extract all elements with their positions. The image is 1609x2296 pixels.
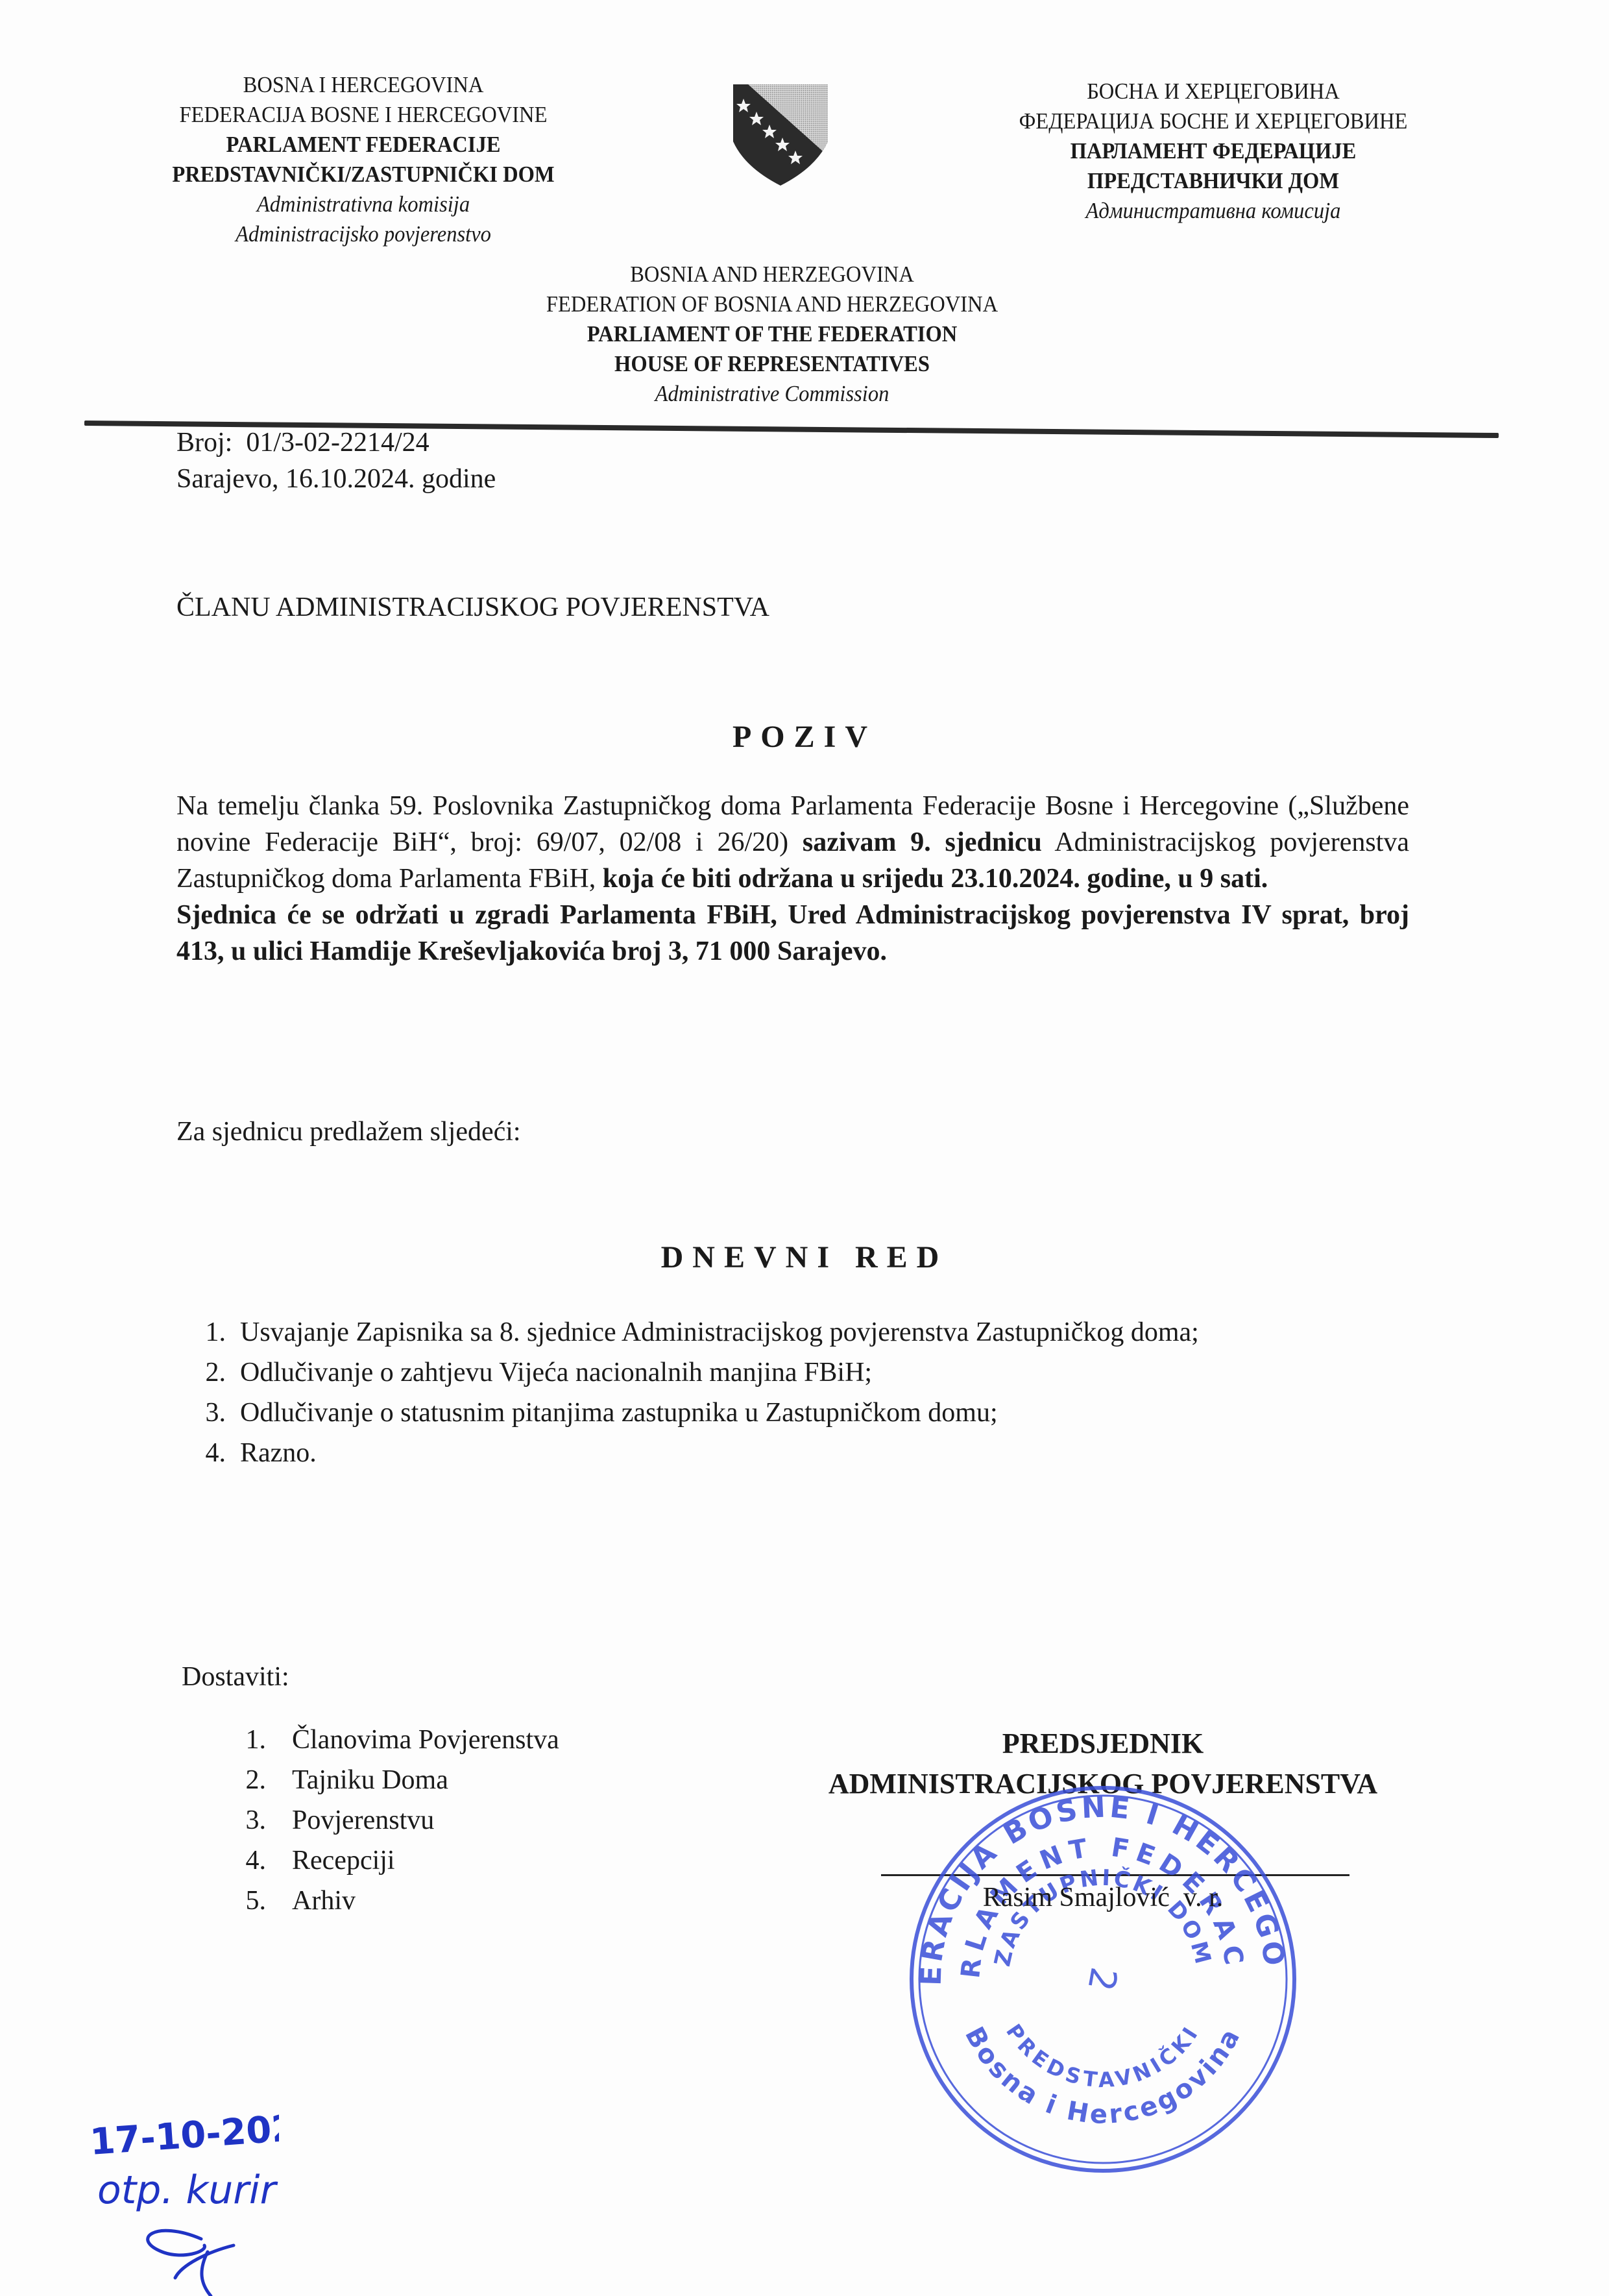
agenda-item-text: Odlučivanje o zahtjevu Vijeća nacionalni… bbox=[240, 1352, 872, 1393]
distribution-item: 4.Recepciji bbox=[221, 1840, 559, 1881]
header-commission-en: Administrative Commission bbox=[441, 379, 1104, 409]
agenda-item-number: 4. bbox=[176, 1433, 240, 1473]
handwritten-note: otp. kurir bbox=[97, 2168, 278, 2213]
distribution-item-number: 4. bbox=[221, 1840, 292, 1881]
header-country: BOSNA I HERCEGOVINA bbox=[122, 70, 605, 100]
agenda-item: 1.Usvajanje Zapisnika sa 8. sjednice Adm… bbox=[176, 1312, 1199, 1352]
distribution-item: 2.Tajniku Doma bbox=[221, 1760, 559, 1800]
distribution-item-number: 2. bbox=[221, 1760, 292, 1800]
paragraph-bold-1: sazivam 9. sjednicu bbox=[803, 827, 1042, 857]
invitation-paragraph: Na temelju članka 59. Poslovnika Zastupn… bbox=[176, 788, 1409, 970]
agenda-item-number: 3. bbox=[176, 1393, 240, 1433]
agenda-item-text: Usvajanje Zapisnika sa 8. sjednice Admin… bbox=[240, 1312, 1199, 1352]
distribution-item-text: Članovima Povjerenstva bbox=[292, 1720, 559, 1760]
agenda-item-number: 2. bbox=[176, 1352, 240, 1393]
header-commission-cyr: Административна комисија bbox=[954, 196, 1473, 226]
agenda-intro: Za sjednicu predlažem sljedeći: bbox=[176, 1116, 521, 1147]
distribution-item: 5.Arhiv bbox=[221, 1881, 559, 1921]
header-latin: BOSNA I HERCEGOVINA FEDERACIJA BOSNE I H… bbox=[122, 70, 605, 249]
header-parliament-cyr: ПАРЛАМЕНТ ФЕДЕРАЦИЈЕ bbox=[954, 136, 1473, 166]
agenda-item: 3.Odlučivanje o statusnim pitanjima zast… bbox=[176, 1393, 1199, 1433]
document-title: POZIV bbox=[0, 719, 1609, 755]
svg-text:2: 2 bbox=[1079, 1964, 1124, 1994]
addressee: ČLANU ADMINISTRACIJSKOG POVJERENSTVA bbox=[176, 592, 769, 623]
agenda-item: 4.Razno. bbox=[176, 1433, 1199, 1473]
agenda-title: DNEVNI RED bbox=[0, 1240, 1609, 1275]
distribution-item-number: 1. bbox=[221, 1720, 292, 1760]
header-english: BOSNIA AND HERZEGOVINA FEDERATION OF BOS… bbox=[441, 260, 1104, 409]
agenda-item: 2.Odlučivanje o zahtjevu Vijeća nacional… bbox=[176, 1352, 1199, 1393]
header-federation: FEDERACIJA BOSNE I HERCEGOVINE bbox=[122, 100, 605, 130]
distribution-item: 3.Povjerenstvu bbox=[221, 1800, 559, 1840]
distribution-list: 1.Članovima Povjerenstva 2.Tajniku Doma … bbox=[221, 1720, 559, 1921]
reference-date: Sarajevo, 16.10.2024. godine bbox=[176, 461, 496, 497]
header-country-cyr: БОСНА И ХЕРЦЕГОВИНА bbox=[954, 77, 1473, 106]
distribution-item-text: Arhiv bbox=[292, 1881, 356, 1921]
coat-of-arms-icon bbox=[719, 70, 836, 187]
header-house-cyr: ПРЕДСТАВНИЧКИ ДОМ bbox=[954, 166, 1473, 196]
distribution-item-number: 5. bbox=[221, 1881, 292, 1921]
handwritten-signature-icon bbox=[148, 2230, 234, 2296]
agenda-list: 1.Usvajanje Zapisnika sa 8. sjednice Adm… bbox=[176, 1312, 1199, 1473]
header-house-en: HOUSE OF REPRESENTATIVES bbox=[441, 349, 1104, 379]
header-cyrillic: БОСНА И ХЕРЦЕГОВИНА ФЕДЕРАЦИЈА БОСНЕ И Х… bbox=[954, 77, 1473, 226]
handwritten-receipt-note: 17-10-2024 otp. kurir bbox=[84, 2090, 279, 2296]
official-stamp-icon: FEDERACIJA BOSNE I HERCEGOVINE PARLAMENT… bbox=[902, 1778, 1304, 2180]
distribution-item-text: Recepciji bbox=[292, 1840, 395, 1881]
signatory-name: Rasim Smajlović v. r. bbox=[766, 1882, 1440, 1913]
handwritten-date: 17-10-2024 bbox=[88, 2105, 279, 2164]
header-federation-en: FEDERATION OF BOSNIA AND HERZEGOVINA bbox=[441, 289, 1104, 319]
signature-title-line1: PREDSJEDNIK bbox=[766, 1724, 1440, 1764]
distribution-item-text: Povjerenstvu bbox=[292, 1800, 434, 1840]
header-country-en: BOSNIA AND HERZEGOVINA bbox=[441, 260, 1104, 289]
reference-number: Broj: 01/3-02-2214/24 bbox=[176, 424, 496, 461]
header-house: PREDSTAVNIČKI/ZASTUPNIČKI DOM bbox=[122, 160, 605, 189]
distribution-item: 1.Članovima Povjerenstva bbox=[221, 1720, 559, 1760]
reference-block: Broj: 01/3-02-2214/24 Sarajevo, 16.10.20… bbox=[176, 424, 496, 497]
paragraph-location: Sjednica će se održati u zgradi Parlamen… bbox=[176, 900, 1409, 966]
header-parliament-en: PARLIAMENT OF THE FEDERATION bbox=[441, 319, 1104, 349]
distribution-item-number: 3. bbox=[221, 1800, 292, 1840]
distribution-label: Dostaviti: bbox=[182, 1661, 289, 1692]
agenda-item-text: Razno. bbox=[240, 1433, 317, 1473]
agenda-item-number: 1. bbox=[176, 1312, 240, 1352]
header-commission-hr: Administracijsko povjerenstvo bbox=[122, 219, 605, 249]
paragraph-bold-2: koja će biti održana u srijedu 23.10.202… bbox=[603, 864, 1268, 894]
distribution-item-text: Tajniku Doma bbox=[292, 1760, 448, 1800]
agenda-item-text: Odlučivanje o statusnim pitanjima zastup… bbox=[240, 1393, 998, 1433]
header-federation-cyr: ФЕДЕРАЦИЈА БОСНЕ И ХЕРЦЕГОВИНЕ bbox=[954, 106, 1473, 136]
header-commission-bs: Administrativna komisija bbox=[122, 189, 605, 219]
header-parliament: PARLAMENT FEDERACIJE bbox=[122, 130, 605, 160]
